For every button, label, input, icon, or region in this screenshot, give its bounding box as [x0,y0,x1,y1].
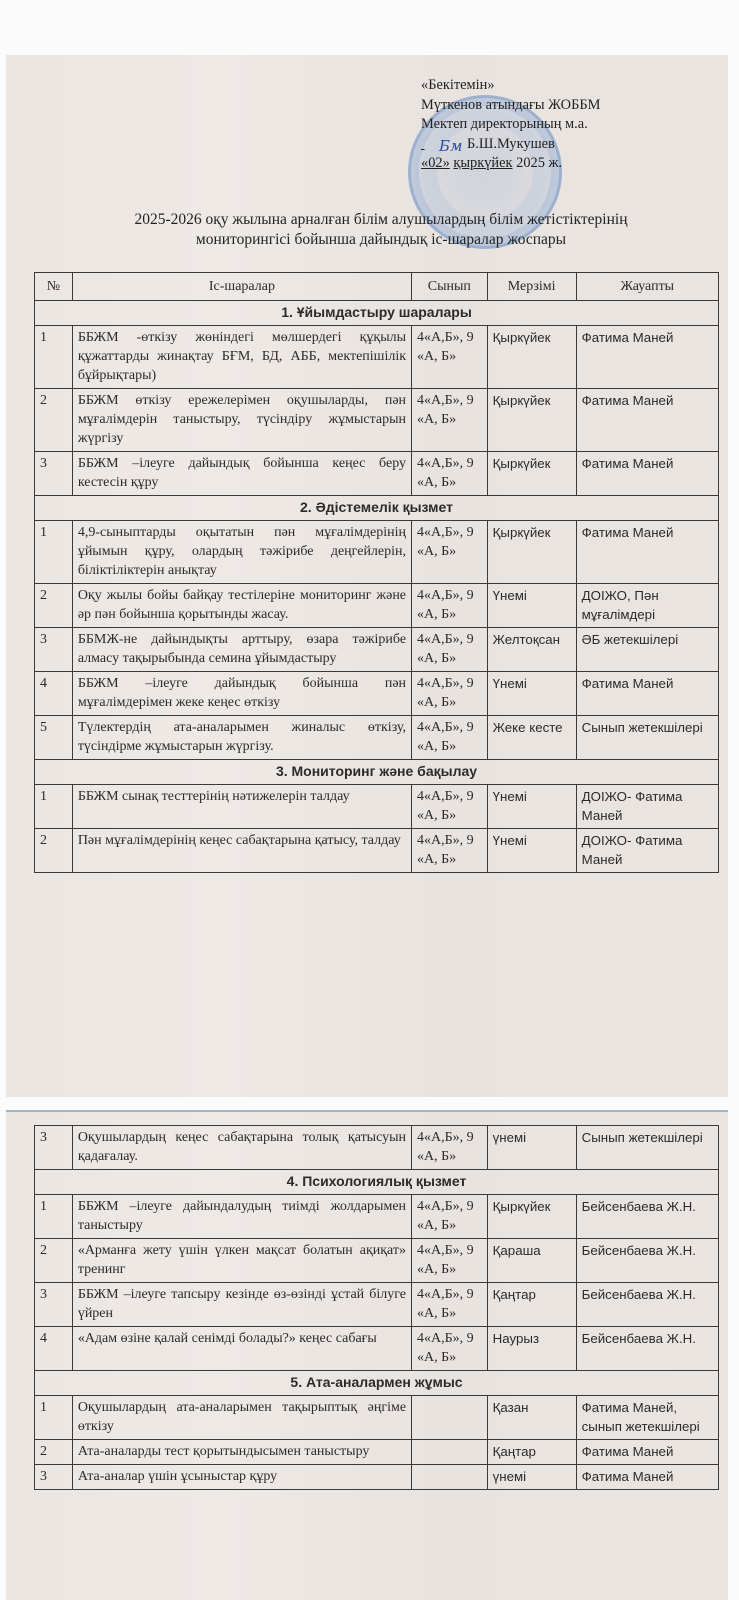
row-activity: ББЖМ –ілеуге дайындық бойынша кеңес беру… [72,452,411,496]
row-term: Қазан [487,1396,576,1440]
table-row: 4«Адам өзіне қалай сенімді болады?» кеңе… [35,1327,719,1371]
row-number: 3 [35,452,73,496]
row-responsible: Бейсенбаева Ж.Н. [576,1195,718,1239]
table-row: 3ББЖМ –ілеуге дайындық бойынша кеңес бер… [35,452,719,496]
row-class: 4«А,Б», 9 «А, Б» [412,672,488,716]
row-class: 4«А,Б», 9 «А, Б» [412,389,488,452]
row-class: 4«А,Б», 9 «А, Б» [412,1327,488,1371]
header-term: Мерзімі [487,273,576,301]
table-row: 1Оқушылардың ата-аналарымен тақырыптық ә… [35,1396,719,1440]
row-term: Қараша [487,1239,576,1283]
row-number: 3 [35,1126,73,1170]
table-row: 1ББЖМ –ілеуге дайындалудың тиімді жолдар… [35,1195,719,1239]
approval-name: Б.Ш.Мукушев [467,136,555,152]
approval-block: «Бекітемін» Мүткенов атындағы ЖОББМ Мект… [421,76,600,174]
row-activity: Оқу жылы бойы байқау тестілеріне монитор… [72,584,411,628]
row-class: 4«А,Б», 9 «А, Б» [412,1126,488,1170]
row-responsible: Бейсенбаева Ж.Н. [576,1283,718,1327]
row-responsible: Бейсенбаева Ж.Н. [576,1239,718,1283]
table-row: 14,9-сыныптарды оқытатын пән мұғалімдері… [35,521,719,584]
row-activity: Оқушылардың кеңес сабақтарына толық қаты… [72,1126,411,1170]
row-activity: 4,9-сыныптарды оқытатын пән мұғалімдерін… [72,521,411,584]
row-term: Қаңтар [487,1440,576,1465]
row-responsible: Фатима Маней, сынып жетекшілері [576,1396,718,1440]
row-term: Қыркүйек [487,389,576,452]
table-row: 4ББЖМ –ілеуге дайындық бойынша пән мұғал… [35,672,719,716]
section-title: 2. Әдістемелік қызмет [35,496,719,521]
row-term: үнемі [487,1126,576,1170]
header-number: № [35,273,73,301]
row-activity: ББЖМ сынақ тесттерінің нәтижелерін талда… [72,785,411,829]
section-title: 5. Ата-аналармен жұмыс [35,1371,719,1396]
table-row: 3ББЖМ –ілеуге тапсыру кезінде өз-өзінді … [35,1283,719,1327]
row-responsible: Фатима Маней [576,672,718,716]
section-row: 4. Психологиялық қызмет [35,1170,719,1195]
document-page-1: «Бекітемін» Мүткенов атындағы ЖОББМ Мект… [6,55,728,1097]
header-class: Сынып [412,273,488,301]
row-activity: ББЖМ -өткізу жөніндегі мөлшердегі құқылы… [72,326,411,389]
row-term: Қаңтар [487,1283,576,1327]
row-number: 2 [35,1440,73,1465]
table-row: 3ББМЖ-не дайындықты арттыру, өзара тәжір… [35,628,719,672]
row-responsible: Фатима Маней [576,1465,718,1490]
row-term: Қыркүйек [487,452,576,496]
row-responsible: Сынып жетекшілері [576,1126,718,1170]
document-title-line-2: мониторингісі бойынша дайындық іс-шарала… [36,230,726,250]
table-row: 2Ата-аналарды тест қорытындысымен таныст… [35,1440,719,1465]
table-header-row: № Іс-шаралар Сынып Мерзімі Жауапты [35,273,719,301]
row-term: Үнемі [487,672,576,716]
row-term: Үнемі [487,785,576,829]
row-responsible: ДОІЖО- Фатима Маней [576,829,718,873]
signature-mark: Бм [439,137,462,155]
table-row: 2ББЖМ өткізу ережелерімен оқушыларды, пә… [35,389,719,452]
document-title: 2025-2026 оқу жылына арналған білім алуш… [36,210,726,250]
row-responsible: Фатима Маней [576,521,718,584]
row-activity: ББЖМ –ілеуге дайындық бойынша пән мұғалі… [72,672,411,716]
document-page-2: 3Оқушылардың кеңес сабақтарына толық қат… [6,1110,728,1600]
row-responsible: ДОІЖО- Фатима Маней [576,785,718,829]
row-number: 2 [35,1239,73,1283]
row-responsible: Фатима Маней [576,389,718,452]
approval-date: «02» қыркүйек 2025 ж. [421,154,600,174]
section-row: 1. Ұйымдастыру шаралары [35,301,719,326]
section-title: 1. Ұйымдастыру шаралары [35,301,719,326]
row-activity: ББЖМ өткізу ережелерімен оқушыларды, пән… [72,389,411,452]
row-responsible: Бейсенбаева Ж.Н. [576,1327,718,1371]
row-number: 5 [35,716,73,760]
row-responsible: Фатима Маней [576,326,718,389]
approval-school: Мүткенов атындағы ЖОББМ [421,96,600,116]
row-number: 3 [35,628,73,672]
row-term: Наурыз [487,1327,576,1371]
section-title: 4. Психологиялық қызмет [35,1170,719,1195]
table-row: 1ББЖМ -өткізу жөніндегі мөлшердегі құқыл… [35,326,719,389]
row-activity: Түлектердің ата-аналарымен жиналыс өткіз… [72,716,411,760]
header-responsible: Жауапты [576,273,718,301]
row-class: 4«А,Б», 9 «А, Б» [412,452,488,496]
row-class [412,1440,488,1465]
plan-table-page-1: № Іс-шаралар Сынып Мерзімі Жауапты 1. Ұй… [34,272,719,873]
row-activity: ББЖМ –ілеуге дайындалудың тиімді жолдары… [72,1195,411,1239]
row-number: 3 [35,1465,73,1490]
row-activity: Оқушылардың ата-аналарымен тақырыптық әң… [72,1396,411,1440]
table-row: 2«Арманға жету үшін үлкен мақсат болатын… [35,1239,719,1283]
row-responsible: Фатима Маней [576,452,718,496]
section-title: 3. Мониторинг және бақылау [35,760,719,785]
approval-date-day: «02» [421,155,450,171]
row-term: Үнемі [487,829,576,873]
approval-heading: «Бекітемін» [421,76,600,96]
table-row: 3Ата-аналар үшін ұсыныстар құруүнеміФати… [35,1465,719,1490]
row-class: 4«А,Б», 9 «А, Б» [412,1283,488,1327]
row-class: 4«А,Б», 9 «А, Б» [412,1195,488,1239]
row-class [412,1396,488,1440]
row-number: 1 [35,326,73,389]
row-class: 4«А,Б», 9 «А, Б» [412,1239,488,1283]
row-activity: «Адам өзіне қалай сенімді болады?» кеңес… [72,1327,411,1371]
row-responsible: Фатима Маней [576,1440,718,1465]
row-activity: Ата-аналар үшін ұсыныстар құру [72,1465,411,1490]
row-number: 2 [35,584,73,628]
row-term: Қыркүйек [487,521,576,584]
row-activity: ББМЖ-не дайындықты арттыру, өзара тәжіри… [72,628,411,672]
row-number: 1 [35,1396,73,1440]
row-number: 4 [35,672,73,716]
table-row: 2Оқу жылы бойы байқау тестілеріне монито… [35,584,719,628]
row-class: 4«А,Б», 9 «А, Б» [412,521,488,584]
row-number: 1 [35,521,73,584]
row-term: Жеке кесте [487,716,576,760]
row-class: 4«А,Б», 9 «А, Б» [412,628,488,672]
row-number: 2 [35,829,73,873]
approval-date-month: қыркүйек [453,155,512,171]
row-number: 1 [35,785,73,829]
row-term: Қыркүйек [487,326,576,389]
document-title-line-1: 2025-2026 оқу жылына арналған білім алуш… [36,210,726,230]
row-activity: Ата-аналарды тест қорытындысымен танысты… [72,1440,411,1465]
row-number: 4 [35,1327,73,1371]
row-number: 2 [35,389,73,452]
table-row: 1ББЖМ сынақ тесттерінің нәтижелерін талд… [35,785,719,829]
table-row: 3Оқушылардың кеңес сабақтарына толық қат… [35,1126,719,1170]
row-term: Қыркүйек [487,1195,576,1239]
row-responsible: Сынып жетекшілері [576,716,718,760]
row-activity: «Арманға жету үшін үлкен мақсат болатын … [72,1239,411,1283]
row-class: 4«А,Б», 9 «А, Б» [412,829,488,873]
row-responsible: ДОІЖО, Пән мұғалімдері [576,584,718,628]
row-term: үнемі [487,1465,576,1490]
section-row: 5. Ата-аналармен жұмыс [35,1371,719,1396]
row-activity: Пән мұғалімдерінің кеңес сабақтарына қат… [72,829,411,873]
row-term: Үнемі [487,584,576,628]
section-row: 3. Мониторинг және бақылау [35,760,719,785]
table-row: 2Пән мұғалімдерінің кеңес сабақтарына қа… [35,829,719,873]
row-class [412,1465,488,1490]
table-row: 5Түлектердің ата-аналарымен жиналыс өткі… [35,716,719,760]
header-activities: Іс-шаралар [72,273,411,301]
section-row: 2. Әдістемелік қызмет [35,496,719,521]
row-responsible: ӘБ жетекшілері [576,628,718,672]
row-class: 4«А,Б», 9 «А, Б» [412,716,488,760]
approval-date-year: 2025 ж. [516,155,562,171]
row-class: 4«А,Б», 9 «А, Б» [412,326,488,389]
row-number: 3 [35,1283,73,1327]
row-term: Желтоқсан [487,628,576,672]
row-class: 4«А,Б», 9 «А, Б» [412,785,488,829]
approval-position: Мектеп директорының м.а. [421,115,600,135]
row-activity: ББЖМ –ілеуге тапсыру кезінде өз-өзінді ұ… [72,1283,411,1327]
row-class: 4«А,Б», 9 «А, Б» [412,584,488,628]
plan-table-page-2: 3Оқушылардың кеңес сабақтарына толық қат… [34,1125,719,1490]
row-number: 1 [35,1195,73,1239]
